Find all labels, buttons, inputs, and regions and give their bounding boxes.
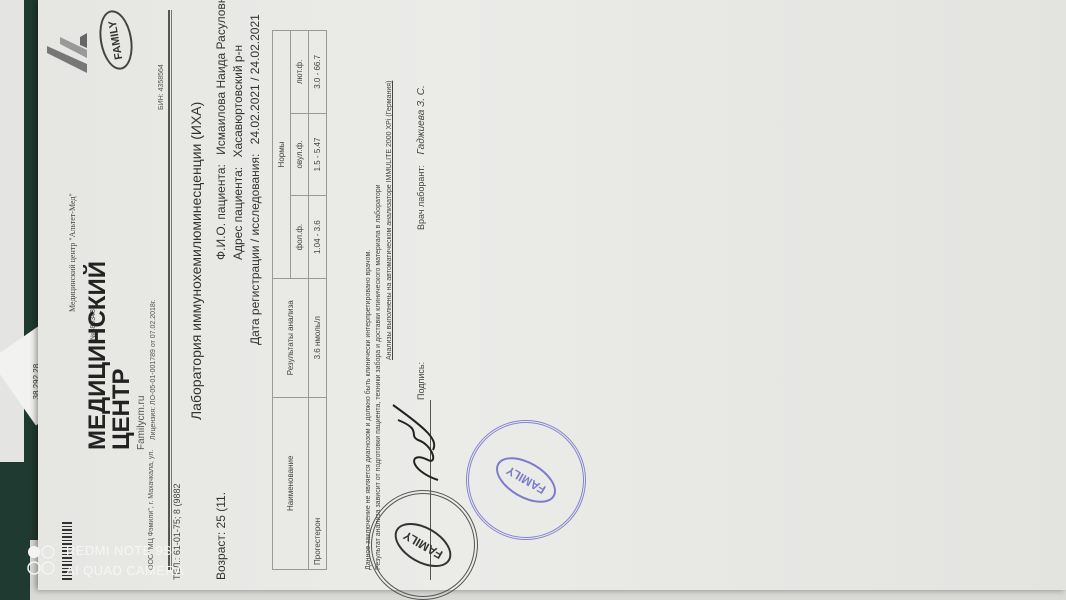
camera-watermark: REDMI NOTE 9S AI QUAD CAMERA bbox=[66, 541, 184, 581]
black-stamp: FAMILY bbox=[368, 490, 478, 600]
stamp-family-logo: FAMILY bbox=[488, 448, 563, 512]
patient-name: Исмаилова Наида Расуловна bbox=[214, 0, 228, 155]
col-result-header: Результаты анализа bbox=[273, 278, 309, 397]
doctor-field: Врач лаборант: Гаджиева З. С. bbox=[416, 85, 427, 230]
dates-field: Дата регистрации / исследования: 24.02.2… bbox=[248, 14, 262, 345]
doctor-label: Врач лаборант: bbox=[416, 165, 426, 230]
analysis-result: 3.6 нмоль/л bbox=[309, 278, 327, 397]
blue-stamp: FAMILY bbox=[466, 420, 586, 540]
lab-report-paper: FAMILY Медицинский центр "Альтет-Мед" №4… bbox=[38, 0, 1066, 590]
center-title: МЕДИЦИНСКИЙ ЦЕНТР bbox=[86, 261, 134, 450]
disclaimer-line-2: Результат анализа зависит от подготовки … bbox=[374, 50, 384, 570]
watermark-line-2: AI QUAD CAMERA bbox=[66, 561, 184, 581]
dates-value: 24.02.2021 / 24.02.2021 bbox=[248, 14, 262, 144]
disclaimer: Данное заключение не является диагнозом … bbox=[364, 50, 384, 570]
family-logo: FAMILY bbox=[95, 8, 137, 73]
signature-label: Подпись: bbox=[416, 362, 426, 400]
bin-number: БИН: 4358564 bbox=[158, 64, 165, 110]
lab-title: Лаборатория иммунохемилюминесценции (ИХА… bbox=[188, 102, 204, 420]
col-name-header: Наименование bbox=[273, 397, 309, 569]
norm-col-ovulatory: овул.ф. bbox=[291, 113, 309, 196]
watermark-line-1: REDMI NOTE 9S bbox=[66, 541, 184, 561]
patient-address-field: Адрес пациента: Хасавюртовский р-н bbox=[231, 45, 245, 260]
title-line-2: ЦЕНТР bbox=[110, 261, 134, 450]
doctor-name: Гаджиева З. С. bbox=[416, 85, 427, 154]
norm-follicular: 1.04 - 3.6 bbox=[309, 196, 327, 279]
analyzer-note: Анализы выполнены на автоматическом анал… bbox=[386, 81, 393, 360]
table-header-row: Наименование Результаты анализа Нормы bbox=[273, 31, 291, 570]
dates-label: Дата регистрации / исследования: bbox=[248, 154, 262, 345]
norm-col-follicular: фол.ф. bbox=[291, 196, 309, 279]
patient-address-label: Адрес пациента: bbox=[231, 167, 245, 260]
center-name: Медицинский центр "Альтет-Мед" bbox=[68, 193, 77, 312]
website: Familycm.ru bbox=[136, 396, 147, 450]
lab-report-document: FAMILY Медицинский центр "Альтет-Мед" №4… bbox=[38, 0, 1066, 590]
analysis-name: Прогестерон bbox=[309, 397, 327, 569]
stamp-family-logo: FAMILY bbox=[387, 514, 459, 576]
signature-icon bbox=[388, 400, 448, 490]
center-logo-icon bbox=[42, 28, 92, 78]
results-table: Наименование Результаты анализа Нормы фо… bbox=[272, 30, 327, 570]
license: Лицензия: ЛО-05-01-001789 от 07.02.2018г… bbox=[150, 300, 157, 440]
norm-col-luteal: лют.ф. bbox=[291, 31, 309, 114]
norm-ovulatory: 1.5 - 5.47 bbox=[309, 113, 327, 196]
col-norms-header: Нормы bbox=[273, 31, 291, 279]
patient-name-field: Ф.И.О. пациента: Исмаилова Наида Расулов… bbox=[214, 0, 228, 260]
table-row: Прогестерон 3.6 нмоль/л 1.04 - 3.6 1.5 -… bbox=[309, 31, 327, 570]
norm-luteal: 3.0 - 66.7 bbox=[309, 31, 327, 114]
camera-lens-icon bbox=[26, 544, 56, 576]
patient-address: Хасавюртовский р-н bbox=[231, 45, 245, 158]
title-line-1: МЕДИЦИНСКИЙ bbox=[86, 261, 110, 450]
disclaimer-line-1: Данное заключение не является диагнозом … bbox=[364, 50, 374, 570]
patient-name-label: Ф.И.О. пациента: bbox=[214, 164, 228, 260]
patient-age: Возраст: 25 (11. bbox=[214, 492, 228, 580]
